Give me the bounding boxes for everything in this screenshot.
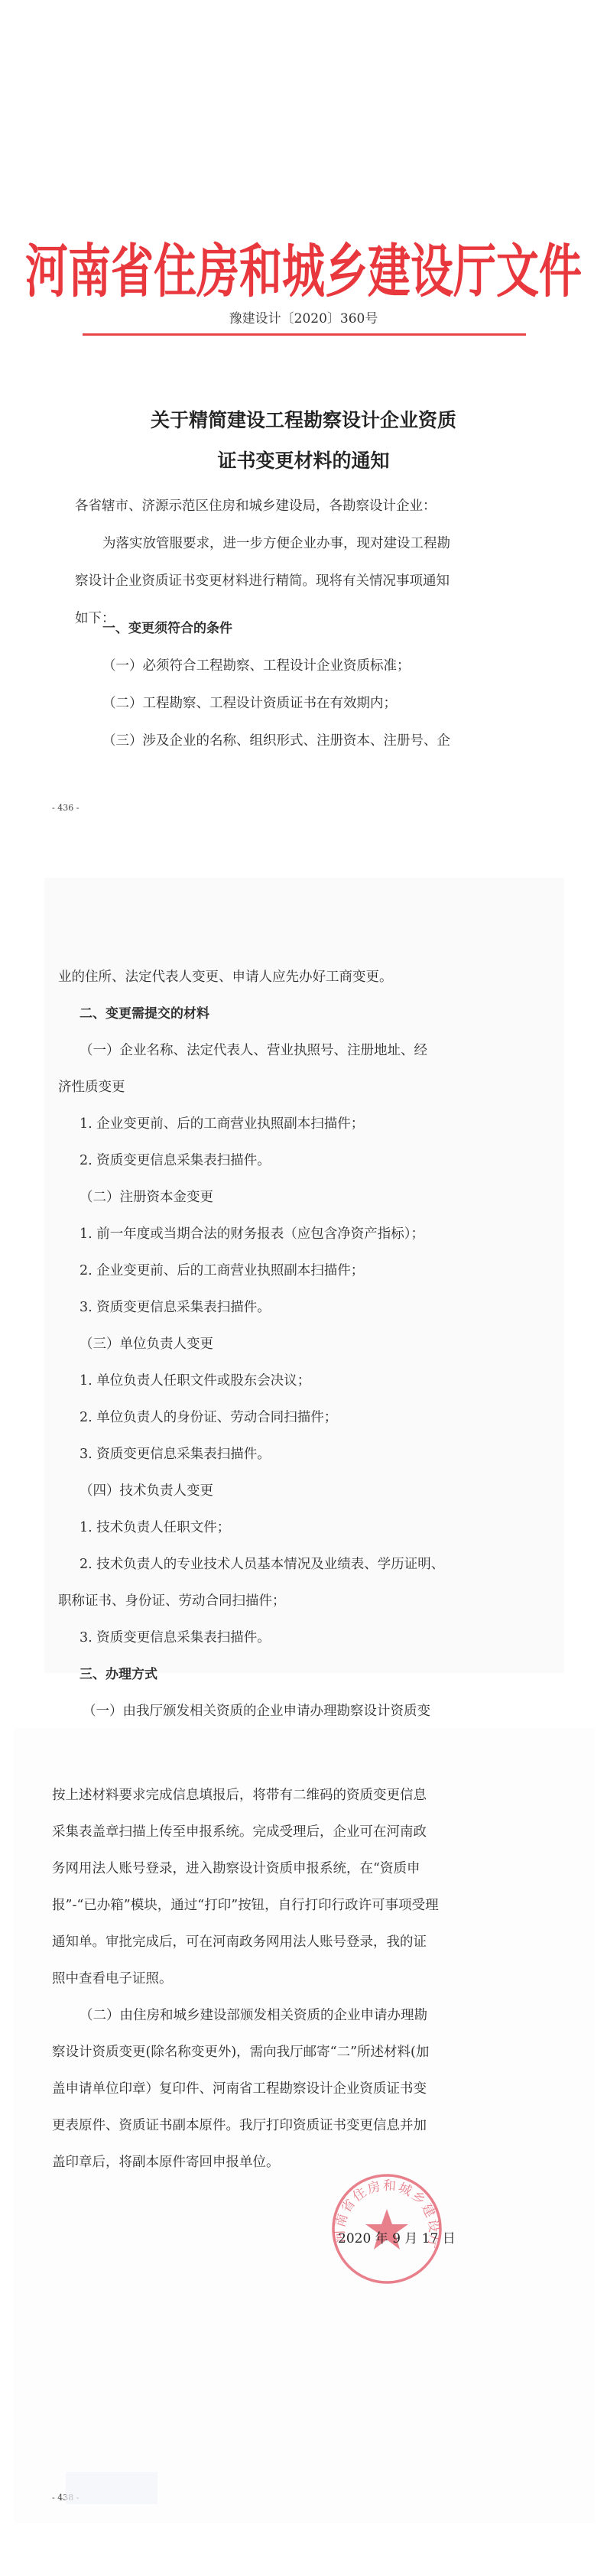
list-item: 2. 技术负责人的专业技术人员基本情况及业绩表、学历证明、 <box>80 1557 444 1572</box>
subsection-heading: （一）企业名称、法定代表人、营业执照号、注册地址、经 <box>80 1043 427 1058</box>
page-437: 业的住所、法定代表人变更、申请人应先办好工商变更。 二、变更需提交的材料 （一）… <box>0 878 607 1673</box>
section-heading-1: 一、变更须符合的条件 <box>102 621 232 636</box>
list-item: 2. 单位负责人的身份证、劳动合同扫描件； <box>80 1410 337 1425</box>
body-line: 更表原件、资质证书副本原件。我厅打印资质证书变更信息并加 <box>52 2118 427 2133</box>
body-line: 职称证书、身份证、劳动合同扫描件； <box>58 1593 286 1609</box>
body-line: 通知单。审批完成后，可在河南政务网用法人账号登录，我的证 <box>52 1934 427 1950</box>
body-line: 务网用法人账号登录，进入勘察设计资质申报系统，在“资质申 <box>52 1861 420 1876</box>
body-line: 业的住所、法定代表人变更、申请人应先办好工商变更。 <box>58 970 393 985</box>
issuer-header: 河南省住房和城乡建设厅文件 <box>0 226 607 309</box>
section-heading-2: 二、变更需提交的材料 <box>80 1006 209 1022</box>
list-item: 3. 资质变更信息采集表扫描件。 <box>80 1300 271 1315</box>
body-line: 济性质变更 <box>58 1080 125 1095</box>
list-item: 1. 单位负责人任职文件或股东会决议； <box>80 1373 310 1389</box>
section-heading-3: 三、办理方式 <box>80 1667 157 1682</box>
document-title-line1: 关于精简建设工程勘察设计企业资质 <box>0 405 607 433</box>
page-436: 河南省住房和城乡建设厅文件 豫建设计〔2020〕360号 关于精简建设工程勘察设… <box>0 0 607 864</box>
body-line: 采集表盖章扫描上传至申报系统。完成受理后，企业可在河南政 <box>52 1824 427 1840</box>
list-item: 3. 资质变更信息采集表扫描件。 <box>80 1447 271 1462</box>
body-line: 察设计资质变更(除名称变更外)，需向我厅邮寄“二”所述材料(加 <box>52 2045 429 2060</box>
list-item: （二）工程勘察、工程设计资质证书在有效期内； <box>102 696 397 711</box>
body-line: 按上述材料要求完成信息填报后，将带有二维码的资质变更信息 <box>52 1788 427 1803</box>
body-line: 盖印章后，将副本原件寄回申报单位。 <box>52 2155 280 2170</box>
red-divider <box>83 333 526 336</box>
body-line: 为落实放管服要求，进一步方便企业办事，现对建设工程勘 <box>102 536 450 551</box>
body-line: 察设计企业资质证书变更材料进行精简。现将有关情况事项通知 <box>75 573 450 589</box>
subsection-heading: （二）注册资本金变更 <box>80 1190 213 1205</box>
signature-date: 2020 年 9 月 17 日 <box>338 2227 456 2246</box>
subsection-heading: （四）技术负责人变更 <box>80 1483 213 1499</box>
page-number: - 436 - <box>52 803 79 813</box>
list-item: 2. 企业变更前、后的工商营业执照副本扫描件； <box>80 1263 364 1278</box>
page-438: 按上述材料要求完成信息填报后，将带有二维码的资质变更信息 采集表盖章扫描上传至申… <box>0 1728 607 2576</box>
list-item: 1. 企业变更前、后的工商营业执照副本扫描件； <box>80 1116 364 1132</box>
salutation: 各省辖市、济源示范区住房和城乡建设局，各勘察设计企业： <box>75 499 437 514</box>
subsection-heading: （三）单位负责人变更 <box>80 1337 213 1352</box>
list-item: 1. 技术负责人任职文件； <box>80 1520 230 1535</box>
document-number: 豫建设计〔2020〕360号 <box>0 307 607 326</box>
body-line: 报”-“已办箱”模块，通过“打印”按钮，自行打印行政许可事项受理 <box>52 1898 439 1913</box>
subsection-heading: （一）由我厅颁发相关资质的企业申请办理勘察设计资质变 <box>83 1704 430 1719</box>
list-item: 3. 资质变更信息采集表扫描件。 <box>80 1630 271 1645</box>
body-line: 盖申请单位印章）复印件、河南省工程勘察设计企业资质证书变 <box>52 2081 427 2097</box>
body-line: 照中查看电子证照。 <box>52 1971 173 1986</box>
list-item: 1. 前一年度或当期合法的财务报表（应包含净资产指标）； <box>80 1226 424 1242</box>
list-item: 2. 资质变更信息采集表扫描件。 <box>80 1153 271 1168</box>
scan-artifact <box>66 2472 157 2504</box>
document-title-line2: 证书变更材料的通知 <box>0 446 607 473</box>
subsection-heading: （二）由住房和城乡建设部颁发相关资质的企业申请办理勘 <box>80 2008 427 2023</box>
list-item: （一）必须符合工程勘察、工程设计企业资质标准； <box>102 658 411 674</box>
list-item: （三）涉及企业的名称、组织形式、注册资本、注册号、企 <box>102 733 450 749</box>
